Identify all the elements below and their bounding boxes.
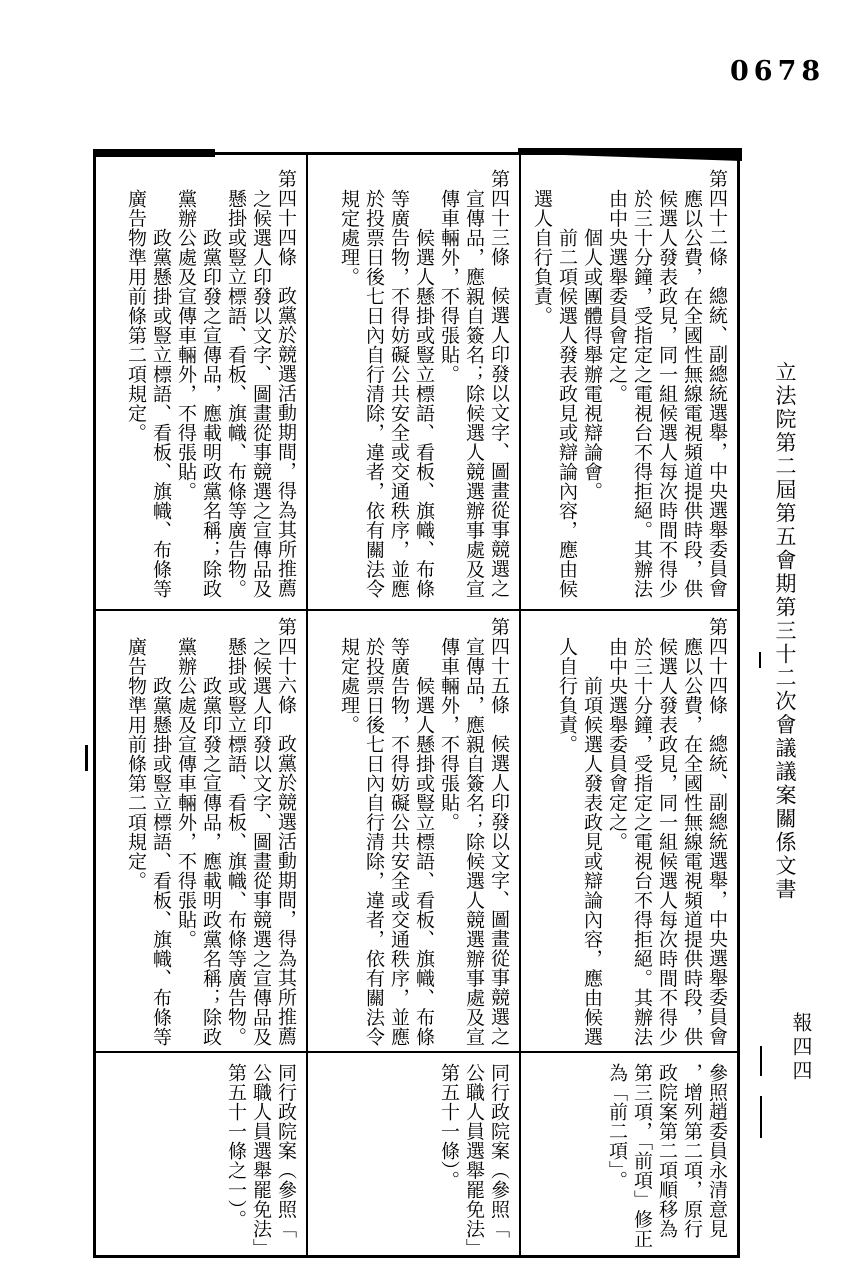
remark-text: 同行政院案（參照「公職人員選舉罷免法」第五十一條）。 [436,1063,511,1251]
statute-paragraph: 前二項候選人發表政見或辯論內容，應由候選人自行負責。 [529,169,579,605]
statute-paragraph: 第四十五條 候選人印發以文字、圖畫從事競選之宣傳品，應親自簽名；除候選人競選辦事… [436,617,511,1049]
scan-artifact [93,149,215,157]
remark-text: 同行政院案（參照「公職人員選舉罷免法」第五十一條之一）。 [223,1063,298,1251]
statute-paragraph: 政黨懸掛或豎立標語、看板、旗幟、布條等廣告物準用前條第二項規定。 [123,169,173,605]
cell-remark-2: 同行政院案（參照「公職人員選舉罷免法」第五十一條）。 [307,1052,520,1256]
statute-paragraph: 第四十三條 候選人印發以文字、圖畫從事競選之宣傳品，應親自簽名；除候選人競選辦事… [436,169,511,605]
statute-comparison-table: 第四十二條 總統、副總統選舉，中央選舉委員會應以公費，在全國性無線電視頻道提供時… [93,152,740,1258]
statute-paragraph: 候選人懸掛或豎立標語、看板、旗幟、布條等廣告物，不得妨礙公共安全或交通秩序，並應… [336,617,436,1049]
cell-article-42: 第四十二條 總統、副總統選舉，中央選舉委員會應以公費，在全國性無線電視頻道提供時… [520,154,738,610]
statute-paragraph: 政黨印發之宣傳品，應載明政黨名稱；除政黨辦公處及宣傳車輛外，不得張貼。 [173,617,223,1049]
folio-label: 報四四 [786,1012,815,1084]
cell-remark-3: 同行政院案（參照「公職人員選舉罷免法」第五十一條之一）。 [95,1052,307,1256]
statute-paragraph: 政黨懸掛或豎立標語、看板、旗幟、布條等廣告物準用前條第二項規定。 [123,617,173,1049]
statute-paragraph: 前項候選人發表政見或辯論內容，應由候選人自行負責。 [554,617,604,1049]
statute-paragraph: 政黨印發之宣傳品，應載明政黨名稱；除政黨辦公處及宣傳車輛外，不得張貼。 [173,169,223,605]
cell-article-44-original: 第四十四條 總統、副總統選舉，中央選舉委員會應以公費，在全國性無線電視頻道提供時… [520,610,738,1052]
statute-paragraph: 第四十四條 總統、副總統選舉，中央選舉委員會應以公費，在全國性無線電視頻道提供時… [604,617,729,1049]
statute-paragraph: 候選人懸掛或豎立標語、看板、旗幟、布條等廣告物，不得妨礙公共安全或交通秩序，並應… [336,169,436,605]
statute-paragraph: 第四十四條 政黨於競選活動期間，得為其所推薦之候選人印發以文字、圖畫從事競選之宣… [223,169,298,605]
statute-paragraph: 第四十六條 政黨於競選活動期間，得為其所推薦之候選人印發以文字、圖畫從事競選之宣… [223,617,298,1049]
scan-artifact [760,1046,762,1076]
page-number: 0678 [730,56,825,87]
cell-article-44: 第四十四條 政黨於競選活動期間，得為其所推薦之候選人印發以文字、圖畫從事競選之宣… [95,154,307,610]
cell-article-46: 第四十六條 政黨於競選活動期間，得為其所推薦之候選人印發以文字、圖畫從事競選之宣… [95,610,307,1052]
statute-paragraph: 個人或團體得舉辦電視辯論會。 [579,169,604,605]
scan-artifact [759,652,761,668]
scan-artifact [85,745,88,771]
statute-paragraph: 第四十二條 總統、副總統選舉，中央選舉委員會應以公費，在全國性無線電視頻道提供時… [604,169,729,605]
document-margin-title: 立法院第二屆第五會期第三十二次會議議案關係文書 [770,361,800,902]
cell-remark-1: 參照趙委員永清意見，增列第二項，原行政院案第二項順移為第三項，「前項」修正為「前… [520,1052,738,1256]
cell-article-45: 第四十五條 候選人印發以文字、圖畫從事競選之宣傳品，應親自簽名；除候選人競選辦事… [307,610,520,1052]
remark-text: 參照趙委員永清意見，增列第二項，原行政院案第二項順移為第三項，「前項」修正為「前… [604,1063,729,1251]
scan-artifact [760,1096,762,1138]
cell-article-43: 第四十三條 候選人印發以文字、圖畫從事競選之宣傳品，應親自簽名；除候選人競選辦事… [307,154,520,610]
